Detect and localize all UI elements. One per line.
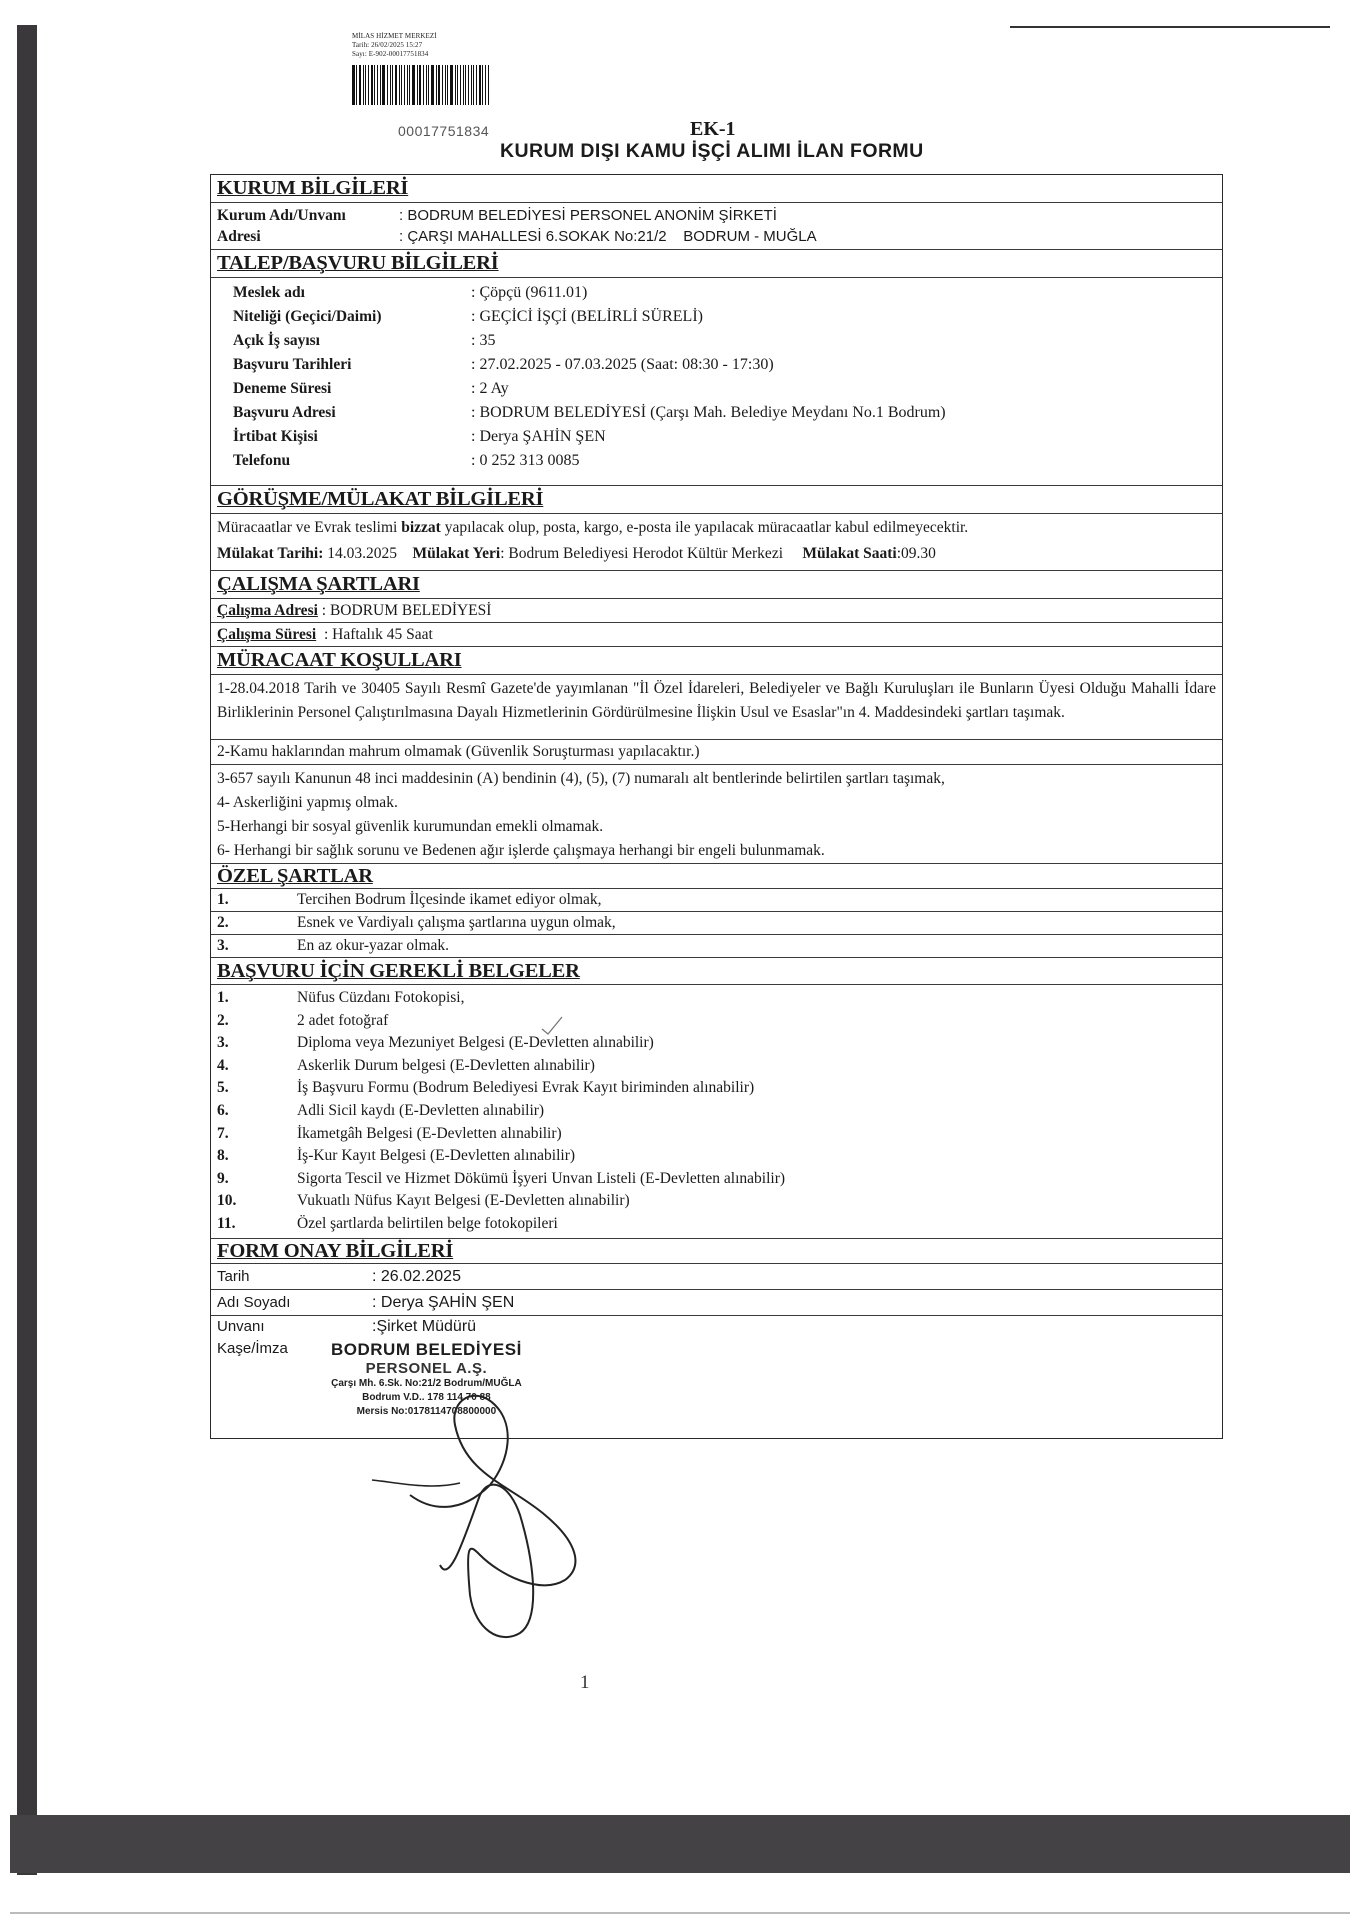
barcode-bar <box>395 65 397 105</box>
work-duration-row: Çalışma Süresi : Haftalık 45 Saat <box>211 623 1222 647</box>
barcode-bar <box>352 65 355 105</box>
barcode-bar <box>407 65 408 105</box>
barcode-bar <box>380 65 381 105</box>
item-number: 1. <box>217 889 297 911</box>
section-heading: TALEP/BAŞVURU BİLGİLERİ <box>211 250 1222 277</box>
notice-text: yapılacak olup, posta, kargo, e-posta il… <box>441 519 968 536</box>
item-text: İş-Kur Kayıt Belgesi (E-Devletten alınab… <box>297 1145 575 1168</box>
condition-1: 1-28.04.2018 Tarih ve 30405 Sayılı Resmî… <box>211 675 1222 727</box>
annex-label: EK-1 <box>690 118 736 141</box>
work-duration-label: Çalışma Süresi <box>217 626 316 643</box>
item-text: Özel şartlarda belirtilen belge fotokopi… <box>297 1213 558 1236</box>
interview-time: :09.30 <box>897 545 936 562</box>
section-belgeler: 1.Nüfus Cüzdanı Fotokopisi,2.2 adet foto… <box>211 985 1222 1239</box>
special-condition-row: 2.Esnek ve Vardiyalı çalışma şartlarına … <box>211 912 1222 935</box>
required-document-item: 4.Askerlik Durum belgesi (E-Devletten al… <box>211 1055 1222 1078</box>
barcode <box>352 65 552 105</box>
barcode-bar <box>450 65 453 105</box>
section-heading: GÖRÜŞME/MÜLAKAT BİLGİLERİ <box>211 486 1222 513</box>
barcode-bar <box>371 65 373 105</box>
barcode-bar <box>428 65 429 105</box>
interview-time-label: Mülakat Saati <box>802 545 896 562</box>
item-number: 5. <box>217 1077 297 1100</box>
talep-row: Başvuru Tarihleri: 27.02.2025 - 07.03.20… <box>211 353 1222 377</box>
barcode-bar <box>390 65 391 105</box>
required-document-item: 7.İkametgâh Belgesi (E-Devletten alınabi… <box>211 1123 1222 1146</box>
field-value: : Çöpçü (9611.01) <box>471 281 587 305</box>
item-number: 10. <box>217 1190 297 1213</box>
barcode-bar <box>423 65 424 105</box>
item-text: İkametgâh Belgesi (E-Devletten alınabili… <box>297 1123 562 1146</box>
talep-row: İrtibat Kişisi: Derya ŞAHİN ŞEN <box>211 425 1222 449</box>
barcode-bar <box>419 65 421 105</box>
field-value: : 2 Ay <box>471 377 509 401</box>
field-label: Deneme Süresi <box>233 377 471 401</box>
talep-row: Deneme Süresi: 2 Ay <box>211 377 1222 401</box>
required-document-item: 2.2 adet fotoğraf <box>211 1010 1222 1033</box>
section-gorusme: Müracaatlar ve Evrak teslimi bizzat yapı… <box>211 514 1222 571</box>
barcode-bar <box>365 65 366 105</box>
item-number: 1. <box>217 987 297 1010</box>
field-label: Adresi <box>217 226 399 247</box>
section-kurum-heading: KURUM BİLGİLERİ <box>211 175 1222 203</box>
scanner-edge-line <box>10 1912 1350 1914</box>
field-value: : BODRUM BELEDİYESİ (Çarşı Mah. Belediye… <box>471 401 946 425</box>
barcode-bar <box>457 65 458 105</box>
barcode-bar <box>482 65 483 105</box>
field-label: Adı Soyadı <box>217 1290 372 1315</box>
item-text: Diploma veya Mezuniyet Belgesi (E-Devlet… <box>297 1032 654 1055</box>
talep-row: Başvuru Adresi: BODRUM BELEDİYESİ (Çarşı… <box>211 401 1222 425</box>
seal-line: PERSONEL A.Ş. <box>331 1360 522 1377</box>
field-label: Tarih <box>217 1264 372 1289</box>
required-document-item: 9.Sigorta Tescil ve Hizmet Dökümü İşyeri… <box>211 1168 1222 1191</box>
field-value: : BODRUM BELEDİYESİ PERSONEL ANONİM ŞİRK… <box>399 205 777 226</box>
item-number: 9. <box>217 1168 297 1191</box>
barcode-number: 00017751834 <box>398 123 489 139</box>
barcode-bar <box>377 65 378 105</box>
approval-date-row: Tarih : 26.02.2025 <box>211 1264 1222 1290</box>
scanner-border-left <box>17 25 37 1875</box>
kurum-row-address: Adresi : ÇARŞI MAHALLESİ 6.SOKAK No:21/2… <box>211 226 1222 247</box>
submission-notice: Müracaatlar ve Evrak teslimi bizzat yapı… <box>211 514 1222 542</box>
interview-date-label: Mülakat Tarihi: <box>217 545 323 562</box>
field-value: : GEÇİCİ İŞÇİ (BELİRLİ SÜRELİ) <box>471 305 703 329</box>
field-label: Başvuru Adresi <box>233 401 471 425</box>
special-condition-row: 3.En az okur-yazar olmak. <box>211 935 1222 958</box>
barcode-bar <box>409 65 410 105</box>
work-address-label: Çalışma Adresi <box>217 602 318 619</box>
field-value: : 26.02.2025 <box>372 1264 461 1289</box>
barcode-bar <box>455 65 456 105</box>
section-ozel-heading: ÖZEL ŞARTLAR <box>211 864 1222 889</box>
field-value: : 35 <box>471 329 495 353</box>
barcode-bar <box>387 65 388 105</box>
seal-line: BODRUM BELEDİYESİ <box>331 1340 522 1360</box>
condition-3: 3-657 sayılı Kanunun 48 inci maddesinin … <box>211 765 1222 791</box>
approval-title: Unvanı :Şirket Müdürü <box>211 1316 1222 1338</box>
barcode-bar <box>363 65 364 105</box>
talep-row: Telefonu: 0 252 313 0085 <box>211 449 1222 473</box>
item-number: 2. <box>217 912 297 934</box>
barcode-bar <box>460 65 461 105</box>
section-belgeler-heading: BAŞVURU İÇİN GEREKLİ BELGELER <box>211 958 1222 985</box>
field-label: Niteliği (Geçici/Daimi) <box>233 305 471 329</box>
company-seal: BODRUM BELEDİYESİ PERSONEL A.Ş. Çarşı Mh… <box>331 1340 522 1419</box>
field-label: Açık İş sayısı <box>233 329 471 353</box>
approval-signature-area: Unvanı :Şirket Müdürü Kaşe/İmza BODRUM B… <box>211 1316 1222 1438</box>
section-heading: KURUM BİLGİLERİ <box>211 175 1222 202</box>
barcode-bar <box>374 65 375 105</box>
registry-stamp: MİLAS HİZMET MERKEZİ Tarih: 26/02/2025 1… <box>352 32 552 105</box>
barcode-bar <box>447 65 448 105</box>
conditions-3-6: 3-657 sayılı Kanunun 48 inci maddesinin … <box>211 765 1222 864</box>
required-document-item: 6.Adli Sicil kaydı (E-Devletten alınabil… <box>211 1100 1222 1123</box>
talep-row: Meslek adı: Çöpçü (9611.01) <box>211 281 1222 305</box>
field-value: : 0 252 313 0085 <box>471 449 579 473</box>
work-duration: Çalışma Süresi : Haftalık 45 Saat <box>211 623 1222 646</box>
list-item: 3.En az okur-yazar olmak. <box>211 935 1222 957</box>
talep-row: Açık İş sayısı: 35 <box>211 329 1222 353</box>
required-document-item: 1.Nüfus Cüzdanı Fotokopisi, <box>211 987 1222 1010</box>
barcode-bar <box>399 65 400 105</box>
seal-line: Bodrum V.D.. 178 114 70 88 <box>331 1391 522 1405</box>
section-talep-heading: TALEP/BAŞVURU BİLGİLERİ <box>211 250 1222 278</box>
talep-row: Niteliği (Geçici/Daimi): GEÇİCİ İŞÇİ (BE… <box>211 305 1222 329</box>
condition-5: 5-Herhangi bir sosyal güvenlik kurumunda… <box>211 815 1222 839</box>
item-text: Nüfus Cüzdanı Fotokopisi, <box>297 987 465 1010</box>
barcode-bar <box>368 65 369 105</box>
kurum-row-name: Kurum Adı/Unvanı : BODRUM BELEDİYESİ PER… <box>211 205 1222 226</box>
list-item: 1.Tercihen Bodrum İlçesinde ikamet ediyo… <box>211 889 1222 911</box>
item-number: 6. <box>217 1100 297 1123</box>
barcode-bar <box>356 65 357 105</box>
barcode-bar <box>412 65 415 105</box>
barcode-bar <box>431 65 434 105</box>
condition-4: 4- Askerliğini yapmış olmak. <box>211 791 1222 815</box>
form-title: KURUM DIŞI KAMU İŞÇİ ALIMI İLAN FORMU <box>500 140 924 163</box>
barcode-bar <box>473 65 474 105</box>
field-label: Kurum Adı/Unvanı <box>217 205 399 226</box>
work-duration-value: : Haftalık 45 Saat <box>316 626 433 643</box>
section-muracaat-heading: MÜRACAAT KOŞULLARI <box>211 647 1222 675</box>
condition-2: 2-Kamu haklarından mahrum olmamak (Güven… <box>211 740 1222 764</box>
section-gorusme-heading: GÖRÜŞME/MÜLAKAT BİLGİLERİ <box>211 486 1222 514</box>
top-rule <box>1010 26 1330 28</box>
field-value: : 27.02.2025 - 07.03.2025 (Saat: 08:30 -… <box>471 353 774 377</box>
announcement-form-table: KURUM BİLGİLERİ Kurum Adı/Unvanı : BODRU… <box>210 174 1223 1439</box>
approval-date: Tarih : 26.02.2025 <box>211 1264 1222 1289</box>
item-text: Tercihen Bodrum İlçesinde ikamet ediyor … <box>297 889 602 911</box>
required-document-item: 10.Vukuatlı Nüfus Kayıt Belgesi (E-Devle… <box>211 1190 1222 1213</box>
field-value: :Şirket Müdürü <box>372 1316 476 1338</box>
condition-2-row: 2-Kamu haklarından mahrum olmamak (Güven… <box>211 740 1222 765</box>
item-number: 8. <box>217 1145 297 1168</box>
field-label: Telefonu <box>233 449 471 473</box>
required-document-item: 3.Diploma veya Mezuniyet Belgesi (E-Devl… <box>211 1032 1222 1055</box>
field-label: İrtibat Kişisi <box>233 425 471 449</box>
barcode-bar <box>445 65 446 105</box>
interview-place-label: Mülakat Yeri <box>413 545 501 562</box>
item-text: En az okur-yazar olmak. <box>297 935 449 957</box>
barcode-bar <box>468 65 469 105</box>
page-number: 1 <box>580 1672 590 1694</box>
required-document-item: 5.İş Başvuru Formu (Bodrum Belediyesi Ev… <box>211 1077 1222 1100</box>
barcode-bar <box>401 65 402 105</box>
work-address-value: : BODRUM BELEDİYESİ <box>318 602 492 619</box>
field-value: : Derya ŞAHİN ŞEN <box>372 1290 514 1315</box>
barcode-bar <box>359 65 361 105</box>
barcode-bar <box>488 65 489 105</box>
section-heading: ÇALIŞMA ŞARTLARI <box>211 571 1222 598</box>
item-text: Vukuatlı Nüfus Kayıt Belgesi (E-Devlette… <box>297 1190 630 1213</box>
field-label: Başvuru Tarihleri <box>233 353 471 377</box>
item-text: Sigorta Tescil ve Hizmet Dökümü İşyeri U… <box>297 1168 785 1191</box>
section-calisma-heading: ÇALIŞMA ŞARTLARI <box>211 571 1222 599</box>
section-heading: ÖZEL ŞARTLAR <box>211 864 1222 888</box>
barcode-bar <box>438 65 440 105</box>
required-document-item: 11.Özel şartlarda belirtilen belge fotok… <box>211 1213 1222 1236</box>
barcode-bar <box>442 65 443 105</box>
barcode-bar <box>471 65 472 105</box>
barcode-bar <box>479 65 481 105</box>
field-label: Meslek adı <box>233 281 471 305</box>
barcode-bar <box>436 65 437 105</box>
item-number: 11. <box>217 1213 297 1236</box>
check-mark <box>540 1015 564 1035</box>
field-value: : ÇARŞI MAHALLESİ 6.SOKAK No:21/2 BODRUM… <box>399 226 817 247</box>
item-number: 3. <box>217 935 297 957</box>
item-number: 3. <box>217 1032 297 1055</box>
barcode-bar <box>463 65 464 105</box>
barcode-bar <box>382 65 385 105</box>
seal-line: Çarşı Mh. 6.Sk. No:21/2 Bodrum/MUĞLA <box>331 1377 522 1391</box>
barcode-bar <box>476 65 477 105</box>
barcode-bar <box>485 65 486 105</box>
work-address: Çalışma Adresi : BODRUM BELEDİYESİ <box>211 599 1222 622</box>
item-text: İş Başvuru Formu (Bodrum Belediyesi Evra… <box>297 1077 754 1100</box>
item-text: Adli Sicil kaydı (E-Devletten alınabilir… <box>297 1100 544 1123</box>
section-heading: MÜRACAAT KOŞULLARI <box>211 647 1222 674</box>
item-number: 4. <box>217 1055 297 1078</box>
stamp-office: MİLAS HİZMET MERKEZİ <box>352 32 552 41</box>
field-label: Unvanı <box>217 1316 372 1338</box>
stamp-number: Sayı: E-902-00017751834 <box>352 50 552 59</box>
barcode-bar <box>417 65 418 105</box>
seal-line: Mersis No:0178114708800000 <box>331 1405 522 1419</box>
notice-emphasis: bizzat <box>401 519 441 536</box>
barcode-bar <box>404 65 405 105</box>
stamp-date: Tarih: 26/02/2025 15:27 <box>352 41 552 50</box>
list-item: 2.Esnek ve Vardiyalı çalışma şartlarına … <box>211 912 1222 934</box>
section-talep: Meslek adı: Çöpçü (9611.01)Niteliği (Geç… <box>211 278 1222 486</box>
scanner-border-bottom <box>10 1815 1350 1873</box>
item-text: 2 adet fotoğraf <box>297 1010 388 1033</box>
work-address-row: Çalışma Adresi : BODRUM BELEDİYESİ <box>211 599 1222 623</box>
section-heading: FORM ONAY BİLGİLERİ <box>211 1239 1222 1263</box>
section-heading: BAŞVURU İÇİN GEREKLİ BELGELER <box>211 958 1222 984</box>
interview-date: 14.03.2025 <box>323 545 397 562</box>
notice-text: Müracaatlar ve Evrak teslimi <box>217 519 401 536</box>
barcode-bar <box>392 65 393 105</box>
interview-details: Mülakat Tarihi: 14.03.2025 Mülakat Yeri:… <box>211 542 1222 570</box>
field-value: : Derya ŞAHİN ŞEN <box>471 425 606 449</box>
barcode-bar <box>426 65 427 105</box>
barcode-bar <box>465 65 466 105</box>
approval-name: Adı Soyadı : Derya ŞAHİN ŞEN <box>211 1290 1222 1315</box>
item-text: Esnek ve Vardiyalı çalışma şartlarına uy… <box>297 912 616 934</box>
special-condition-row: 1.Tercihen Bodrum İlçesinde ikamet ediyo… <box>211 889 1222 912</box>
item-number: 7. <box>217 1123 297 1146</box>
section-onay-heading: FORM ONAY BİLGİLERİ <box>211 1239 1222 1264</box>
item-number: 2. <box>217 1010 297 1033</box>
section-kurum: Kurum Adı/Unvanı : BODRUM BELEDİYESİ PER… <box>211 203 1222 250</box>
section-ozel: 1.Tercihen Bodrum İlçesinde ikamet ediyo… <box>211 889 1222 958</box>
item-text: Askerlik Durum belgesi (E-Devletten alın… <box>297 1055 595 1078</box>
interview-place: : Bodrum Belediyesi Herodot Kültür Merke… <box>500 545 783 562</box>
approval-name-row: Adı Soyadı : Derya ŞAHİN ŞEN <box>211 1290 1222 1316</box>
condition-1-row: 1-28.04.2018 Tarih ve 30405 Sayılı Resmî… <box>211 675 1222 740</box>
condition-6: 6- Herhangi bir sağlık sorunu ve Bedenen… <box>211 839 1222 863</box>
required-document-item: 8.İş-Kur Kayıt Belgesi (E-Devletten alın… <box>211 1145 1222 1168</box>
